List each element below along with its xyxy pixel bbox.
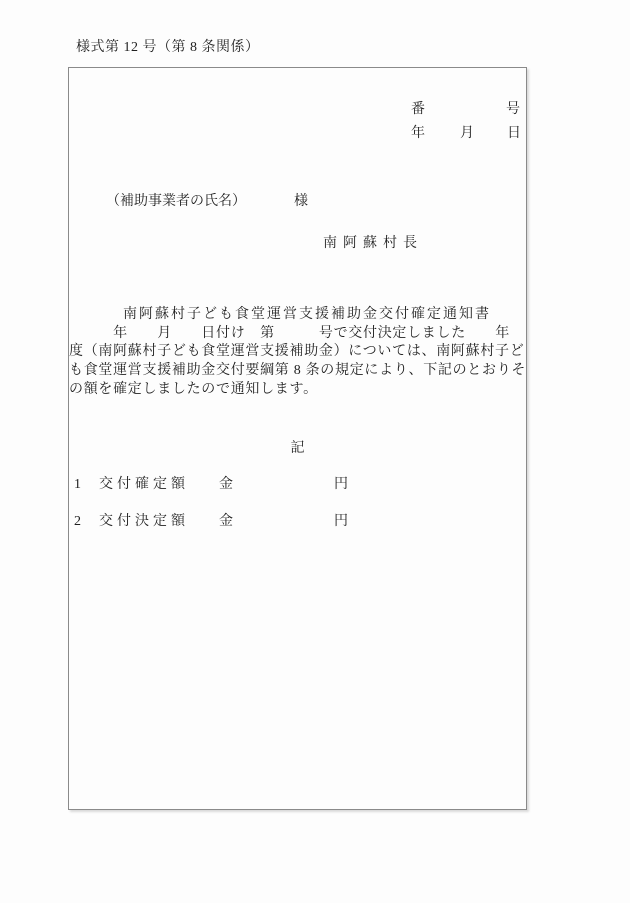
item-label: 交付決定額 [99, 514, 189, 530]
date-year-label: 年 [411, 126, 425, 141]
amount-prefix: 金 [219, 477, 233, 493]
body-line-4: の額を確定しましたので通知します。 [69, 381, 526, 400]
amount-prefix: 金 [219, 514, 233, 530]
document-page: 様式第 12 号（第 8 条関係） 番 号 年 月 日 （補助事業者の氏名）様 … [0, 0, 630, 903]
body-line-1: 年 月 日付け 第 号で交付決定しました 年 [69, 325, 526, 344]
date-month-label: 月 [460, 126, 474, 141]
body-line-3: も食堂運営支援補助金交付要綱第 8 条の規定により、下記のとおりそ [69, 362, 526, 381]
form-number-label: 様式第 12 号（第 8 条関係） [76, 40, 260, 56]
document-title: 南阿蘇村子ども食堂運営支援補助金交付確定通知書 [69, 306, 526, 325]
item-number: 1 [74, 477, 81, 493]
body-line-2: 度（南阿蘇村子ども食堂運営支援補助金）については、南阿蘇村子ど [69, 343, 526, 362]
doc-number-unit: 号 [506, 102, 520, 117]
item-row-determined-amount: 1 交付確定額 金 円 [69, 477, 526, 494]
document-border-box: 番 号 年 月 日 （補助事業者の氏名）様 南阿蘇村長 南阿蘇村子ども食堂運営支… [68, 67, 527, 810]
doc-number-label: 番 [411, 102, 425, 117]
item-number: 2 [74, 514, 81, 530]
item-label: 交付確定額 [99, 477, 189, 493]
amount-unit: 円 [334, 514, 348, 530]
date-day-label: 日 [507, 126, 521, 141]
addressee-name-placeholder: （補助事業者の氏名） [106, 194, 246, 209]
addressee-line: （補助事業者の氏名）様 [85, 179, 308, 224]
record-heading: 記 [69, 441, 526, 457]
addressee-honorific: 様 [294, 194, 308, 209]
body-paragraph: 南阿蘇村子ども食堂運営支援補助金交付確定通知書 年 月 日付け 第 号で交付決定… [69, 306, 526, 400]
amount-unit: 円 [334, 477, 348, 493]
sender-title: 南阿蘇村長 [323, 236, 423, 251]
item-row-decided-amount: 2 交付決定額 金 円 [69, 514, 526, 531]
